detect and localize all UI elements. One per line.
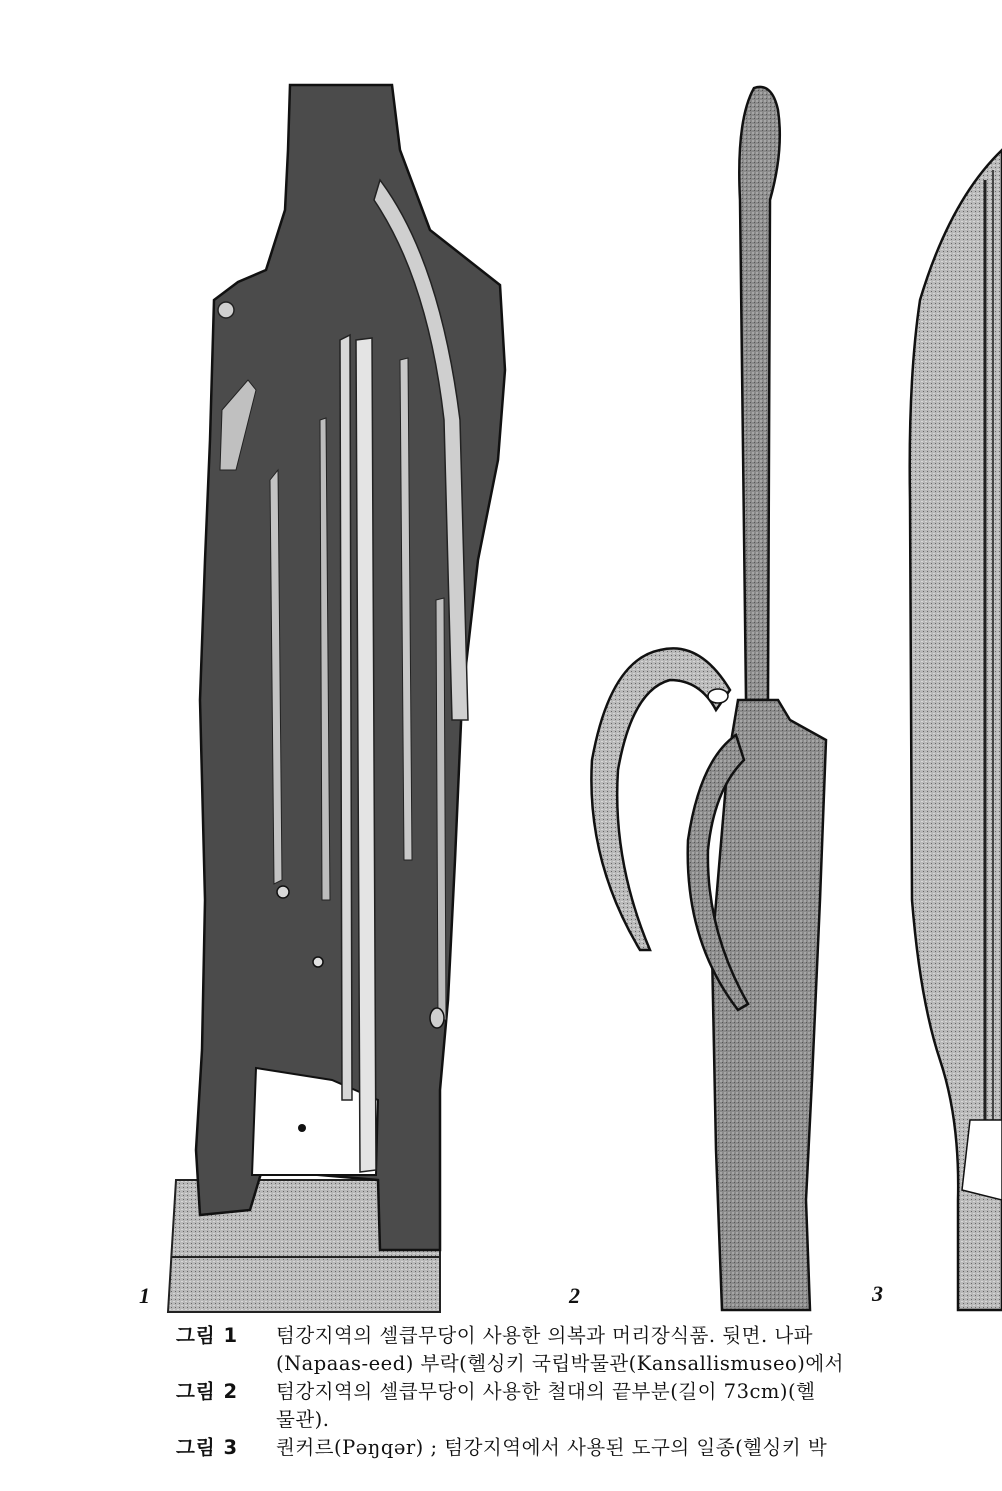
figure-plate: 1 2 3	[0, 0, 1002, 1320]
figure-2-number: 2	[569, 1283, 580, 1309]
caption-figure-1: 그림 1 텀강지역의 셀큽무당이 사용한 의복과 머리장식품. 뒷면. 나파	[176, 1322, 1002, 1350]
caption-label: 그림 1	[176, 1322, 276, 1350]
figure-3-panger-image	[910, 150, 1002, 1310]
figure-2-staff-image	[591, 87, 826, 1310]
caption-text: 텀강지역의 셀큽무당이 사용한 철대의 끝부분(길이 73cm)(헬	[276, 1378, 815, 1406]
figure-captions: 그림 1 텀강지역의 셀큽무당이 사용한 의복과 머리장식품. 뒷면. 나파 (…	[176, 1322, 1002, 1462]
caption-figure-2: 그림 2 텀강지역의 셀큽무당이 사용한 철대의 끝부분(길이 73cm)(헬	[176, 1378, 1002, 1406]
caption-figure-3: 그림 3 퀀커르(Pəŋqər) ; 텀강지역에서 사용된 도구의 일종(헬싱키…	[176, 1434, 1002, 1462]
caption-text: 퀀커르(Pəŋqər) ; 텀강지역에서 사용된 도구의 일종(헬싱키 박	[276, 1434, 827, 1462]
caption-text: 물관).	[276, 1406, 329, 1434]
caption-label: 그림 3	[176, 1434, 276, 1462]
figure-3-number: 3	[872, 1281, 883, 1307]
caption-figure-2-continued: 물관).	[176, 1406, 1002, 1434]
caption-text: 텀강지역의 셀큽무당이 사용한 의복과 머리장식품. 뒷면. 나파	[276, 1322, 813, 1350]
figure-1-number: 1	[139, 1283, 150, 1309]
artifact-photographs	[0, 0, 1002, 1320]
caption-text: (Napaas-eed) 부락(헬싱키 국립박물관(Kansallismuseo…	[276, 1350, 844, 1378]
caption-label: 그림 2	[176, 1378, 276, 1406]
figure-1-costume-image	[168, 85, 505, 1312]
caption-figure-1-continued: (Napaas-eed) 부락(헬싱키 국립박물관(Kansallismuseo…	[176, 1350, 1002, 1378]
